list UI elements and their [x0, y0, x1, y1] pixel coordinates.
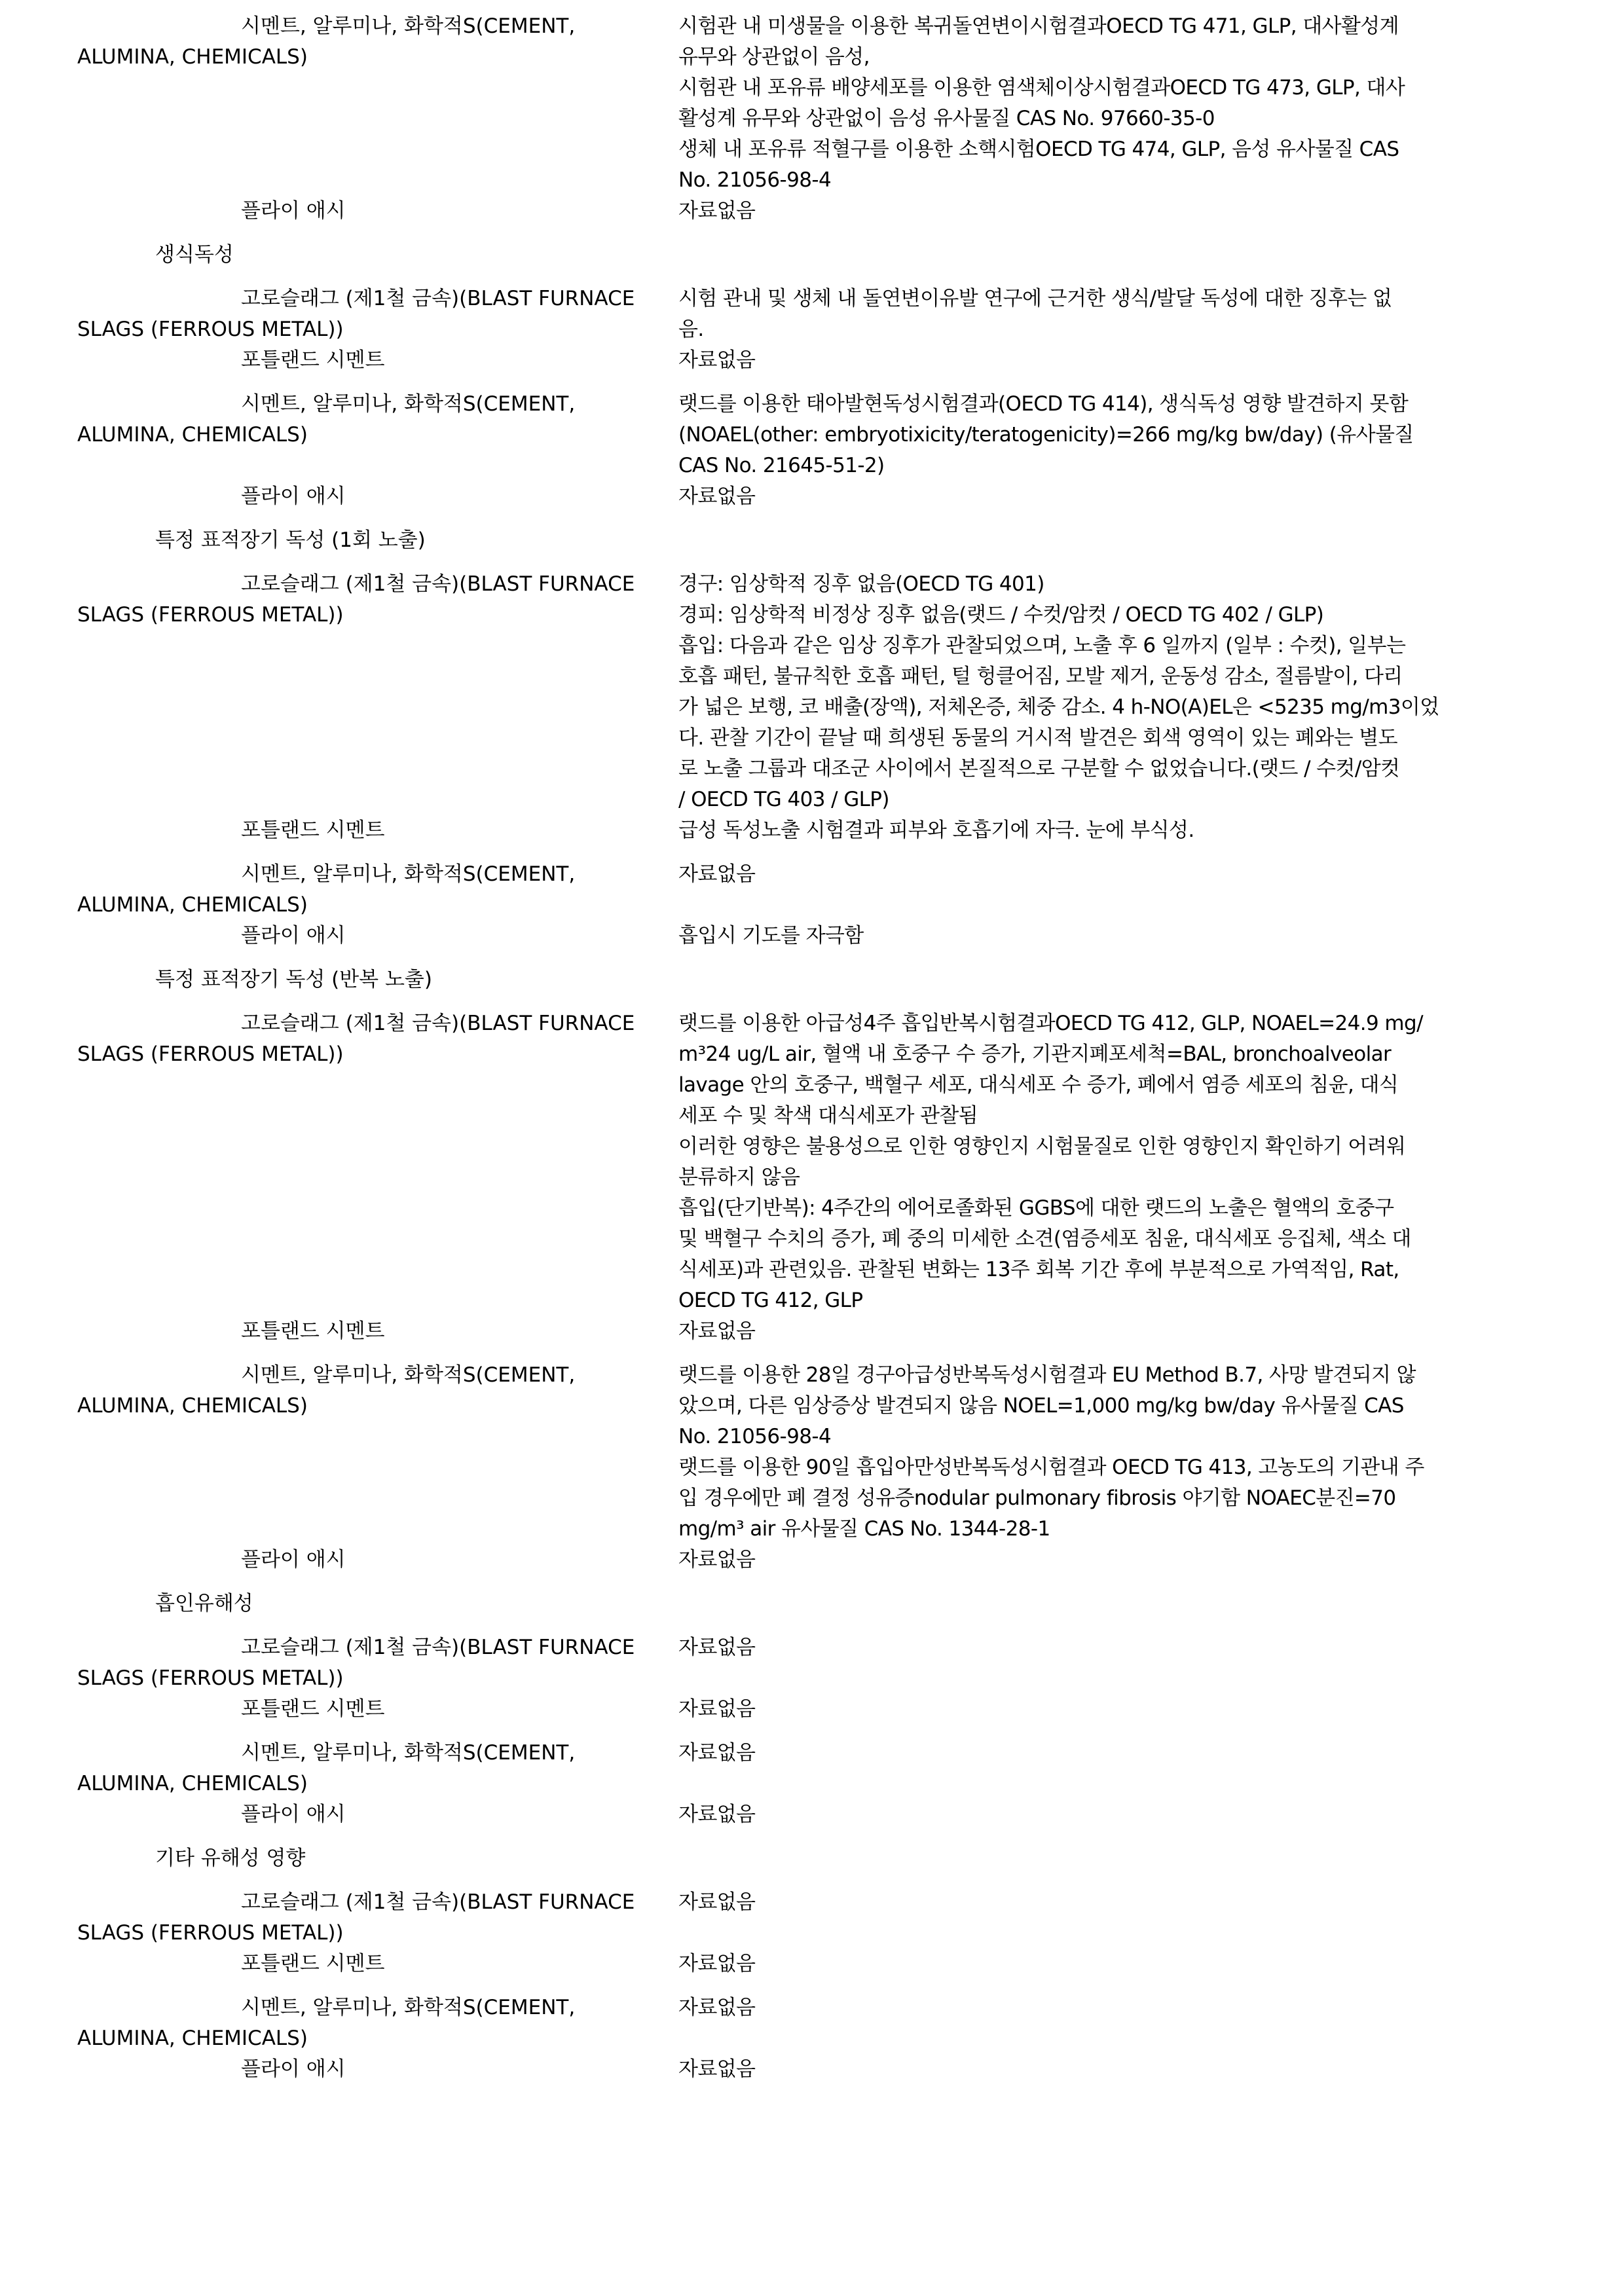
substance-value: 랫드를 이용한 28일 경구아급성반복독성시험결과 EU Method B.7,… [678, 1360, 1464, 1545]
substance-label: 포틀랜드 시멘트 [0, 1949, 678, 1992]
substance-label: 포틀랜드 시멘트 [0, 1316, 678, 1360]
substance-label: 고로슬래그 (제1철 금속)(BLAST FURNACE SLAGS (FERR… [0, 1887, 678, 1949]
table-row: 플라이 애시 자료없음 [0, 1545, 1624, 1588]
substance-value: 자료없음 [678, 196, 1464, 240]
substance-label: 플라이 애시 [0, 481, 678, 525]
table-row: 플라이 애시 흡입시 기도를 자극함 [0, 921, 1624, 964]
table-row: 포틀랜드 시멘트 자료없음 [0, 1694, 1624, 1738]
section-heading-row: 특정 표적장기 독성 (1회 노출) [0, 525, 1624, 569]
substance-label: 시멘트, 알루미나, 화학적S(CEMENT, ALUMINA, CHEMICA… [0, 1360, 678, 1545]
table-row: 포틀랜드 시멘트 자료없음 [0, 1949, 1624, 1992]
section-heading: 흡인유해성 [0, 1588, 253, 1632]
table-row: 포틀랜드 시멘트 자료없음 [0, 1316, 1624, 1360]
substance-value: 자료없음 [678, 859, 1464, 921]
substance-value: 자료없음 [678, 1738, 1464, 1799]
substance-label: 플라이 애시 [0, 2054, 678, 2098]
substance-value: 급성 독성노출 시험결과 피부와 호흡기에 자극. 눈에 부식성. [678, 815, 1464, 859]
substance-value: 랫드를 이용한 아급성4주 흡입반복시험결과OECD TG 412, GLP, … [678, 1008, 1464, 1316]
substance-label: 고로슬래그 (제1철 금속)(BLAST FURNACE SLAGS (FERR… [0, 1632, 678, 1694]
substance-value: 흡입시 기도를 자극함 [678, 921, 1464, 964]
section-aspiration-hazard: 흡인유해성 고로슬래그 (제1철 금속)(BLAST FURNACE SLAGS… [0, 1588, 1624, 1843]
table-row: 포틀랜드 시멘트 급성 독성노출 시험결과 피부와 호흡기에 자극. 눈에 부식… [0, 815, 1624, 859]
section-reproductive-toxicity: 생식독성 고로슬래그 (제1철 금속)(BLAST FURNACE SLAGS … [0, 240, 1624, 525]
section-heading: 특정 표적장기 독성 (1회 노출) [0, 525, 426, 569]
table-row: 시멘트, 알루미나, 화학적S(CEMENT, ALUMINA, CHEMICA… [0, 1360, 1624, 1545]
substance-label: 포틀랜드 시멘트 [0, 815, 678, 859]
table-row: 플라이 애시 자료없음 [0, 1799, 1624, 1843]
substance-value: 경구: 임상학적 징후 없음(OECD TG 401) 경피: 임상학적 비정상… [678, 569, 1464, 815]
substance-label: 고로슬래그 (제1철 금속)(BLAST FURNACE SLAGS (FERR… [0, 1008, 678, 1316]
substance-value: 자료없음 [678, 1887, 1464, 1949]
table-row: 시멘트, 알루미나, 화학적S(CEMENT, ALUMINA, CHEMICA… [0, 11, 1624, 196]
section-continued: 시멘트, 알루미나, 화학적S(CEMENT, ALUMINA, CHEMICA… [0, 11, 1624, 240]
section-stot-single: 특정 표적장기 독성 (1회 노출) 고로슬래그 (제1철 금속)(BLAST … [0, 525, 1624, 964]
substance-label: 시멘트, 알루미나, 화학적S(CEMENT, ALUMINA, CHEMICA… [0, 1992, 678, 2054]
substance-label: 시멘트, 알루미나, 화학적S(CEMENT, ALUMINA, CHEMICA… [0, 1738, 678, 1799]
section-heading-row: 특정 표적장기 독성 (반복 노출) [0, 964, 1624, 1008]
substance-value: 랫드를 이용한 태아발현독성시험결과(OECD TG 414), 생식독성 영향… [678, 389, 1464, 481]
substance-label: 시멘트, 알루미나, 화학적S(CEMENT, ALUMINA, CHEMICA… [0, 11, 678, 196]
table-row: 고로슬래그 (제1철 금속)(BLAST FURNACE SLAGS (FERR… [0, 569, 1624, 815]
substance-value: 자료없음 [678, 1694, 1464, 1738]
substance-value: 자료없음 [678, 1799, 1464, 1843]
substance-value: 자료없음 [678, 345, 1464, 389]
table-row: 고로슬래그 (제1철 금속)(BLAST FURNACE SLAGS (FERR… [0, 1887, 1624, 1949]
section-other-hazards: 기타 유해성 영향 고로슬래그 (제1철 금속)(BLAST FURNACE S… [0, 1843, 1624, 2098]
substance-value: 자료없음 [678, 1992, 1464, 2054]
table-row: 플라이 애시 자료없음 [0, 196, 1624, 240]
substance-label: 고로슬래그 (제1철 금속)(BLAST FURNACE SLAGS (FERR… [0, 569, 678, 815]
substance-label: 고로슬래그 (제1철 금속)(BLAST FURNACE SLAGS (FERR… [0, 284, 678, 345]
table-row: 고로슬래그 (제1철 금속)(BLAST FURNACE SLAGS (FERR… [0, 1008, 1624, 1316]
substance-label: 플라이 애시 [0, 1799, 678, 1843]
substance-label: 플라이 애시 [0, 921, 678, 964]
substance-value: 자료없음 [678, 1632, 1464, 1694]
table-row: 고로슬래그 (제1철 금속)(BLAST FURNACE SLAGS (FERR… [0, 284, 1624, 345]
section-heading: 생식독성 [0, 240, 234, 284]
table-row: 포틀랜드 시멘트 자료없음 [0, 345, 1624, 389]
table-row: 시멘트, 알루미나, 화학적S(CEMENT, ALUMINA, CHEMICA… [0, 1738, 1624, 1799]
substance-label: 플라이 애시 [0, 1545, 678, 1588]
table-row: 고로슬래그 (제1철 금속)(BLAST FURNACE SLAGS (FERR… [0, 1632, 1624, 1694]
section-heading-row: 생식독성 [0, 240, 1624, 284]
section-heading: 특정 표적장기 독성 (반복 노출) [0, 964, 432, 1008]
section-stot-repeated: 특정 표적장기 독성 (반복 노출) 고로슬래그 (제1철 금속)(BLAST … [0, 964, 1624, 1588]
section-heading-row: 흡인유해성 [0, 1588, 1624, 1632]
table-row: 시멘트, 알루미나, 화학적S(CEMENT, ALUMINA, CHEMICA… [0, 389, 1624, 481]
substance-label: 플라이 애시 [0, 196, 678, 240]
substance-value: 자료없음 [678, 1949, 1464, 1992]
substance-value: 자료없음 [678, 1316, 1464, 1360]
substance-label: 포틀랜드 시멘트 [0, 345, 678, 389]
table-row: 시멘트, 알루미나, 화학적S(CEMENT, ALUMINA, CHEMICA… [0, 859, 1624, 921]
table-row: 플라이 애시 자료없음 [0, 481, 1624, 525]
substance-label: 시멘트, 알루미나, 화학적S(CEMENT, ALUMINA, CHEMICA… [0, 389, 678, 481]
substance-label: 포틀랜드 시멘트 [0, 1694, 678, 1738]
section-heading-row: 기타 유해성 영향 [0, 1843, 1624, 1887]
table-row: 플라이 애시 자료없음 [0, 2054, 1624, 2098]
substance-value: 시험관 내 미생물을 이용한 복귀돌연변이시험결과OECD TG 471, GL… [678, 11, 1464, 196]
substance-value: 자료없음 [678, 1545, 1464, 1588]
substance-value: 자료없음 [678, 2054, 1464, 2098]
substance-label: 시멘트, 알루미나, 화학적S(CEMENT, ALUMINA, CHEMICA… [0, 859, 678, 921]
document-body: 시멘트, 알루미나, 화학적S(CEMENT, ALUMINA, CHEMICA… [0, 11, 1624, 2098]
substance-value: 자료없음 [678, 481, 1464, 525]
substance-value: 시험 관내 및 생체 내 돌연변이유발 연구에 근거한 생식/발달 독성에 대한… [678, 284, 1464, 345]
section-heading: 기타 유해성 영향 [0, 1843, 305, 1887]
table-row: 시멘트, 알루미나, 화학적S(CEMENT, ALUMINA, CHEMICA… [0, 1992, 1624, 2054]
